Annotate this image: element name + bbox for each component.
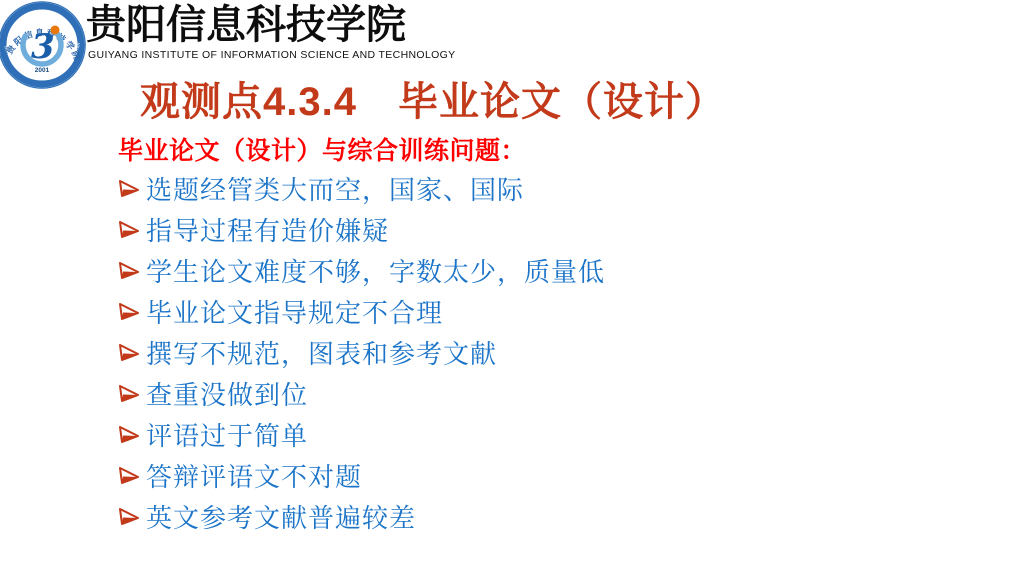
list-item: 答辩评语文不对题 [118, 455, 978, 496]
emblem-year: 2001 [35, 67, 50, 74]
list-item: 评语过于简单 [118, 414, 978, 455]
list-item-text: 毕业论文指导规定不合理 [146, 293, 443, 330]
list-item-text: 答辩评语文不对题 [146, 457, 362, 494]
list-item: 撰写不规范，图表和参考文献 [118, 332, 978, 373]
school-emblem-logo: GUIYANG INSTITUTE OF INFORMATION SCIENCE… [0, 0, 88, 90]
list-item: 英文参考文献普遍较差 [118, 496, 978, 537]
list-item: 查重没做到位 [118, 373, 978, 414]
arrowhead-bullet-icon [118, 507, 140, 526]
list-item-text: 撰写不规范，图表和参考文献 [146, 334, 497, 371]
school-name-english: GUIYANG INSTITUTE OF INFORMATION SCIENCE… [88, 49, 418, 61]
slide-title: 观测点4.3.4 毕业论文（设计） [140, 70, 726, 127]
arrowhead-bullet-icon [118, 220, 140, 239]
arrowhead-bullet-icon [118, 302, 140, 321]
arrowhead-bullet-icon [118, 179, 140, 198]
list-item: 毕业论文指导规定不合理 [118, 291, 978, 332]
arrowhead-bullet-icon [118, 384, 140, 403]
arrowhead-bullet-icon [118, 466, 140, 485]
slide-subtitle: 毕业论文（设计）与综合训练问题： [118, 131, 526, 167]
list-item: 学生论文难度不够，字数太少，质量低 [118, 250, 978, 291]
school-name-calligraphy: 贵阳信息科技学院 [86, 1, 416, 49]
emblem-monogram: 3 [31, 27, 55, 67]
list-item-text: 评语过于简单 [146, 416, 308, 453]
emblem-sun-dot-icon [51, 26, 60, 35]
list-item-text: 选题经管类大而空，国家、国际 [146, 170, 524, 207]
list-item: 选题经管类大而空，国家、国际 [118, 168, 978, 209]
presentation-slide: GUIYANG INSTITUTE OF INFORMATION SCIENCE… [0, 0, 1024, 576]
list-item-text: 查重没做到位 [146, 375, 308, 412]
list-item: 指导过程有造价嫌疑 [118, 209, 978, 250]
arrowhead-bullet-icon [118, 261, 140, 280]
list-item-text: 英文参考文献普遍较差 [146, 498, 416, 535]
arrowhead-bullet-icon [118, 343, 140, 362]
list-item-text: 学生论文难度不够，字数太少，质量低 [146, 252, 605, 289]
list-item-text: 指导过程有造价嫌疑 [146, 211, 389, 248]
problem-list: 选题经管类大而空，国家、国际 指导过程有造价嫌疑 学生论文难度不够，字数太少，质… [118, 168, 978, 537]
arrowhead-bullet-icon [118, 425, 140, 444]
